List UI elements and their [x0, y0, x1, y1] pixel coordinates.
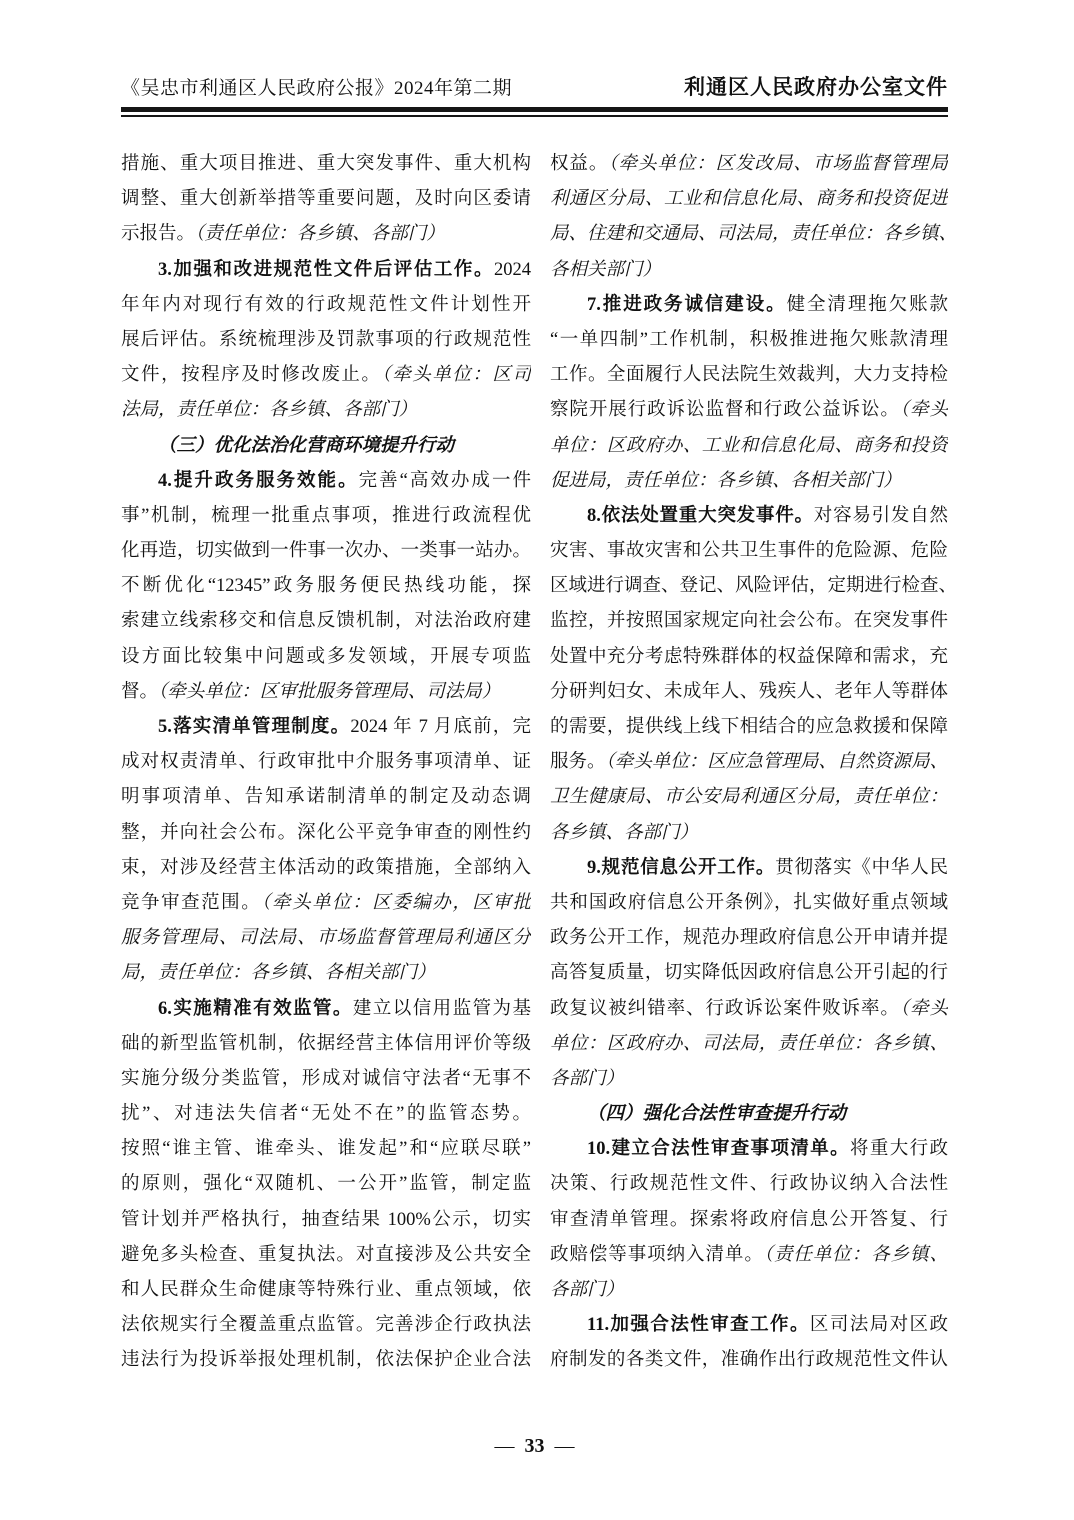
text-run: 和人民群众生命健康等特殊行业、重点领域，依	[121, 1280, 531, 1300]
text-run: 11.加强合法性审查工作。	[587, 1315, 810, 1335]
text-line: 竞争审查范围。（牵头单位：区委编办，区审批	[121, 886, 531, 921]
text-run: 完善“高效办成一件	[359, 471, 531, 491]
text-run: 单位：区政府办、司法局，责任单位：各乡镇、	[550, 1034, 948, 1054]
text-line: 3.加强和改进规范性文件后评估工作。2024	[121, 253, 531, 288]
text-run: 各部门）	[550, 1280, 624, 1300]
text-line: 和人民群众生命健康等特殊行业、重点领域，依	[121, 1273, 531, 1308]
text-line: 决策、行政规范性文件、行政协议纳入合法性	[550, 1167, 948, 1202]
text-run: 各部门）	[550, 1069, 624, 1089]
rule-thick-line	[121, 107, 948, 112]
text-run: 府制发的各类文件，准确作出行政规范性文件认	[550, 1350, 948, 1370]
text-run: 督。	[121, 682, 158, 702]
text-run: （四）强化合法性审查提升行动	[587, 1104, 846, 1124]
text-run: 贯彻落实《中华人民	[775, 858, 948, 878]
text-line: 扰”、对违法失信者“无处不在”的监管态势。	[121, 1097, 531, 1132]
text-run: 政复议被纠错率、行政诉讼案件败诉率。	[550, 999, 900, 1019]
text-line: 卫生健康局、市公安局利通区分局，责任单位：	[550, 780, 948, 815]
text-run: 的原则，强化“双随机、一公开”监管，制定监	[121, 1174, 531, 1194]
text-run: （三）优化法治化营商环境提升行动	[158, 436, 454, 456]
text-run: 灾害、事故灾害和公共卫生事件的危险源、危险	[550, 541, 948, 561]
footer-right-dash: —	[545, 1435, 585, 1457]
gazette-page: 《吴忠市利通区人民政府公报》2024年第二期 利通区人民政府办公室文件 措施、重…	[0, 0, 1074, 1520]
text-line: 索建立线索移交和信息反馈机制，对法治政府建	[121, 604, 531, 639]
text-run: （牵头单位：区委编办，区审批	[261, 893, 531, 913]
text-run: 6.实施精准有效监管。	[158, 999, 353, 1019]
text-run: 年年内对现行有效的行政规范性文件计划性开	[121, 295, 531, 315]
text-line: 示报告。（责任单位：各乡镇、各部门）	[121, 217, 531, 252]
text-run: 束，对涉及经营主体活动的政策措施，全部纳入	[121, 858, 531, 878]
text-line: 的原则，强化“双随机、一公开”监管，制定监	[121, 1167, 531, 1202]
text-run: 措施、重大项目推进、重大突发事件、重大机构	[121, 154, 531, 174]
text-line: 避免多头检查、重复执法。对直接涉及公共安全	[121, 1238, 531, 1273]
text-line: 各部门）	[550, 1062, 948, 1097]
text-run: 7.推进政务诚信建设。	[587, 295, 787, 315]
text-run: 文件，按程序及时修改废止。	[121, 365, 381, 385]
text-run: 示报告。	[121, 224, 195, 244]
text-run: 监控，并按照国家规定向社会公布。在突发事件	[550, 611, 948, 631]
text-line: 明事项清单、告知承诺制清单的制定及动态调	[121, 780, 531, 815]
text-run: 对容易引发自然	[814, 506, 948, 526]
text-line: 分研判妇女、未成年人、残疾人、老年人等群体	[550, 675, 948, 710]
text-run: 局、住建和交通局、司法局，责任单位：各乡镇、	[550, 224, 948, 244]
text-line: 成对权责清单、行政审批中介服务事项清单、证	[121, 745, 531, 780]
text-run: 服务管理局、司法局、市场监督管理局利通区分	[121, 928, 531, 948]
text-run: 卫生健康局、市公安局利通区分局，责任单位：	[550, 787, 948, 807]
text-line: 区域进行调查、登记、风险评估，定期进行检查、	[550, 569, 948, 604]
text-run: 整，并向社会公布。深化公平竞争审查的刚性约	[121, 823, 531, 843]
text-run: 区域进行调查、登记、风险评估，定期进行检查、	[550, 576, 948, 596]
text-line: 各部门）	[550, 1273, 948, 1308]
text-run: 2024 年 7 月底前，完	[350, 717, 531, 737]
text-line: 高答复质量，切实降低因政府信息公开引起的行	[550, 956, 948, 991]
text-line: 督。（牵头单位：区审批服务管理局、司法局）	[121, 675, 531, 710]
text-line: 察院开展行政诉讼监督和行政公益诉讼。（牵头	[550, 393, 948, 428]
footer-page-number: 33	[525, 1435, 545, 1457]
text-line: 政复议被纠错率、行政诉讼案件败诉率。（牵头	[550, 992, 948, 1027]
text-line: 措施、重大项目推进、重大突发事件、重大机构	[121, 147, 531, 182]
text-line: 的需要，提供线上线下相结合的应急救援和保障	[550, 710, 948, 745]
text-run: 10.建立合法性审查事项清单。	[587, 1139, 850, 1159]
text-run: 法局，责任单位：各乡镇、各部门）	[121, 400, 417, 420]
text-line: 8.依法处置重大突发事件。对容易引发自然	[550, 499, 948, 534]
text-line: 实施分级分类监管，形成对诚信守法者“无事不	[121, 1062, 531, 1097]
text-run: 4.提升政务服务效能。	[158, 471, 359, 491]
text-run: 索建立线索移交和信息反馈机制，对法治政府建	[121, 611, 531, 631]
text-run: 共和国政府信息公开条例》，扎实做好重点领域	[550, 893, 948, 913]
text-run: 避免多头检查、重复执法。对直接涉及公共安全	[121, 1245, 531, 1265]
footer-left-dash: —	[485, 1435, 525, 1457]
text-run: 调整、重大创新举措等重要问题，及时向区委请	[121, 189, 531, 209]
text-line: 5.落实清单管理制度。2024 年 7 月底前，完	[121, 710, 531, 745]
text-run: 设方面比较集中问题或多发领域，开展专项监	[121, 647, 531, 667]
text-run: （责任单位：各乡镇、	[764, 1245, 948, 1265]
text-run: 3.加强和改进规范性文件后评估工作。	[158, 260, 494, 280]
text-run: （责任单位：各乡镇、各部门）	[195, 224, 445, 244]
text-run: 事”机制，梳理一批重点事项，推进行政流程优	[121, 506, 531, 526]
text-run: 法依规实行全覆盖重点监管。完善涉企行政执法	[121, 1315, 531, 1335]
text-line: 7.推进政务诚信建设。健全清理拖欠账款	[550, 288, 948, 323]
text-run: “一单四制”工作机制，积极推进拖欠账款清理	[550, 330, 948, 350]
text-line: 束，对涉及经营主体活动的政策措施，全部纳入	[121, 851, 531, 886]
text-line: 工作。全面履行人民法院生效裁判，大力支持检	[550, 358, 948, 393]
text-line: 政务公开工作，规范办理政府信息公开申请并提	[550, 921, 948, 956]
text-line: 监控，并按照国家规定向社会公布。在突发事件	[550, 604, 948, 639]
right-column: 权益。（牵头单位：区发改局、市场监督管理局利通区分局、工业和信息化局、商务和投资…	[550, 147, 948, 1379]
text-line: 展后评估。系统梳理涉及罚款事项的行政规范性	[121, 323, 531, 358]
text-run: 各相关部门）	[550, 260, 661, 280]
text-run: 决策、行政规范性文件、行政协议纳入合法性	[550, 1174, 948, 1194]
text-line: 4.提升政务服务效能。完善“高效办成一件	[121, 464, 531, 499]
text-run: （牵头	[900, 400, 948, 420]
text-line: 审查清单管理。探索将政府信息公开答复、行	[550, 1203, 948, 1238]
text-run: 的需要，提供线上线下相结合的应急救援和保障	[550, 717, 948, 737]
text-line: 处置中充分考虑特殊群体的权益保障和需求，充	[550, 640, 948, 675]
text-run: 利通区分局、工业和信息化局、商务和投资促进	[550, 189, 948, 209]
text-line: 服务。（牵头单位：区应急管理局、自然资源局、	[550, 745, 948, 780]
text-run: 展后评估。系统梳理涉及罚款事项的行政规范性	[121, 330, 531, 350]
text-run: （牵头单位：区发改局、市场监督管理局	[608, 154, 948, 174]
text-line: 6.实施精准有效监管。建立以信用监管为基	[121, 992, 531, 1027]
text-run: 单位：区政府办、工业和信息化局、商务和投资	[550, 436, 948, 456]
text-run: 服务。	[550, 752, 606, 772]
text-line: 府制发的各类文件，准确作出行政规范性文件认	[550, 1343, 948, 1378]
text-run: 促进局，责任单位：各乡镇、各相关部门）	[550, 471, 902, 491]
text-line: 促进局，责任单位：各乡镇、各相关部门）	[550, 464, 948, 499]
text-line: 事”机制，梳理一批重点事项，推进行政流程优	[121, 499, 531, 534]
text-line: 文件，按程序及时修改废止。（牵头单位：区司	[121, 358, 531, 393]
text-run: 各乡镇、各部门）	[550, 823, 698, 843]
text-line: 管计划并严格执行，抽查结果 100%公示，切实	[121, 1203, 531, 1238]
header-right-title: 利通区人民政府办公室文件	[684, 74, 948, 102]
text-line: （三）优化法治化营商环境提升行动	[121, 429, 531, 464]
text-line: 11.加强合法性审查工作。区司法局对区政	[550, 1308, 948, 1343]
text-run: （牵头单位：区应急管理局、自然资源局、	[606, 752, 948, 772]
text-line: 按照“谁主管、谁牵头、谁发起”和“应联尽联”	[121, 1132, 531, 1167]
footer: —33—	[121, 1432, 948, 1460]
text-run: 竞争审查范围。	[121, 893, 261, 913]
text-run: 化再造，切实做到一件事一次办、一类事一站办。	[121, 541, 531, 561]
text-run: 扰”、对违法失信者“无处不在”的监管态势。	[121, 1104, 531, 1124]
text-run: 察院开展行政诉讼监督和行政公益诉讼。	[550, 400, 900, 420]
text-run: 管计划并严格执行，抽查结果 100%公示，切实	[121, 1210, 531, 1230]
text-line: 法局，责任单位：各乡镇、各部门）	[121, 393, 531, 428]
text-run: 区司法局对区政	[810, 1315, 948, 1335]
text-line: 化再造，切实做到一件事一次办、一类事一站办。	[121, 534, 531, 569]
text-line: “一单四制”工作机制，积极推进拖欠账款清理	[550, 323, 948, 358]
text-line: 整，并向社会公布。深化公平竞争审查的刚性约	[121, 816, 531, 851]
text-run: 违法行为投诉举报处理机制，依法保护企业合法	[121, 1350, 531, 1370]
text-line: 单位：区政府办、工业和信息化局、商务和投资	[550, 429, 948, 464]
rule-thin-line	[121, 115, 948, 117]
text-line: 违法行为投诉举报处理机制，依法保护企业合法	[121, 1343, 531, 1378]
text-run: （牵头单位：区司	[381, 365, 531, 385]
header-double-rule	[121, 107, 948, 117]
text-line: 年年内对现行有效的行政规范性文件计划性开	[121, 288, 531, 323]
text-line: 政赔偿等事项纳入清单。（责任单位：各乡镇、	[550, 1238, 948, 1273]
text-line: 不断优化“12345”政务服务便民热线功能，探	[121, 569, 531, 604]
text-line: （四）强化合法性审查提升行动	[550, 1097, 948, 1132]
header-left-title: 《吴忠市利通区人民政府公报》2024年第二期	[121, 76, 512, 102]
text-run: 审查清单管理。探索将政府信息公开答复、行	[550, 1210, 948, 1230]
text-run: （牵头	[900, 999, 948, 1019]
text-line: 设方面比较集中问题或多发领域，开展专项监	[121, 640, 531, 675]
text-line: 10.建立合法性审查事项清单。将重大行政	[550, 1132, 948, 1167]
text-run: 健全清理拖欠账款	[787, 295, 948, 315]
text-line: 局，责任单位：各乡镇、各相关部门）	[121, 956, 531, 991]
text-run: 建立以信用监管为基	[353, 999, 531, 1019]
text-line: 调整、重大创新举措等重要问题，及时向区委请	[121, 182, 531, 217]
text-line: 9.规范信息公开工作。贯彻落实《中华人民	[550, 851, 948, 886]
text-line: 服务管理局、司法局、市场监督管理局利通区分	[121, 921, 531, 956]
text-line: 权益。（牵头单位：区发改局、市场监督管理局	[550, 147, 948, 182]
text-run: 实施分级分类监管，形成对诚信守法者“无事不	[121, 1069, 531, 1089]
text-run: 5.落实清单管理制度。	[158, 717, 350, 737]
text-run: 权益。	[550, 154, 608, 174]
text-line: 法依规实行全覆盖重点监管。完善涉企行政执法	[121, 1308, 531, 1343]
text-line: 共和国政府信息公开条例》，扎实做好重点领域	[550, 886, 948, 921]
text-run: 2024	[494, 260, 531, 280]
text-run: 局，责任单位：各乡镇、各相关部门）	[121, 963, 436, 983]
text-line: 单位：区政府办、司法局，责任单位：各乡镇、	[550, 1027, 948, 1062]
text-run: 不断优化“12345”政务服务便民热线功能，探	[121, 576, 531, 596]
text-line: 局、住建和交通局、司法局，责任单位：各乡镇、	[550, 217, 948, 252]
text-run: 分研判妇女、未成年人、残疾人、老年人等群体	[550, 682, 948, 702]
text-run: 9.规范信息公开工作。	[587, 858, 775, 878]
text-run: 工作。全面履行人民法院生效裁判，大力支持检	[550, 365, 948, 385]
text-run: 将重大行政	[850, 1139, 948, 1159]
text-run: （牵头单位：区审批服务管理局、司法局）	[158, 682, 500, 702]
text-line: 利通区分局、工业和信息化局、商务和投资促进	[550, 182, 948, 217]
text-line: 各乡镇、各部门）	[550, 816, 948, 851]
text-run: 明事项清单、告知承诺制清单的制定及动态调	[121, 787, 531, 807]
text-run: 础的新型监管机制，依据经营主体信用评价等级	[121, 1034, 531, 1054]
text-run: 政赔偿等事项纳入清单。	[550, 1245, 764, 1265]
text-run: 8.依法处置重大突发事件。	[587, 506, 814, 526]
text-run: 政务公开工作，规范办理政府信息公开申请并提	[550, 928, 948, 948]
text-run: 按照“谁主管、谁牵头、谁发起”和“应联尽联”	[121, 1139, 531, 1159]
text-run: 高答复质量，切实降低因政府信息公开引起的行	[550, 963, 948, 983]
text-line: 灾害、事故灾害和公共卫生事件的危险源、危险	[550, 534, 948, 569]
text-line: 础的新型监管机制，依据经营主体信用评价等级	[121, 1027, 531, 1062]
left-column: 措施、重大项目推进、重大突发事件、重大机构调整、重大创新举措等重要问题，及时向区…	[121, 147, 531, 1379]
text-run: 处置中充分考虑特殊群体的权益保障和需求，充	[550, 647, 948, 667]
text-line: 各相关部门）	[550, 253, 948, 288]
text-run: 成对权责清单、行政审批中介服务事项清单、证	[121, 752, 531, 772]
